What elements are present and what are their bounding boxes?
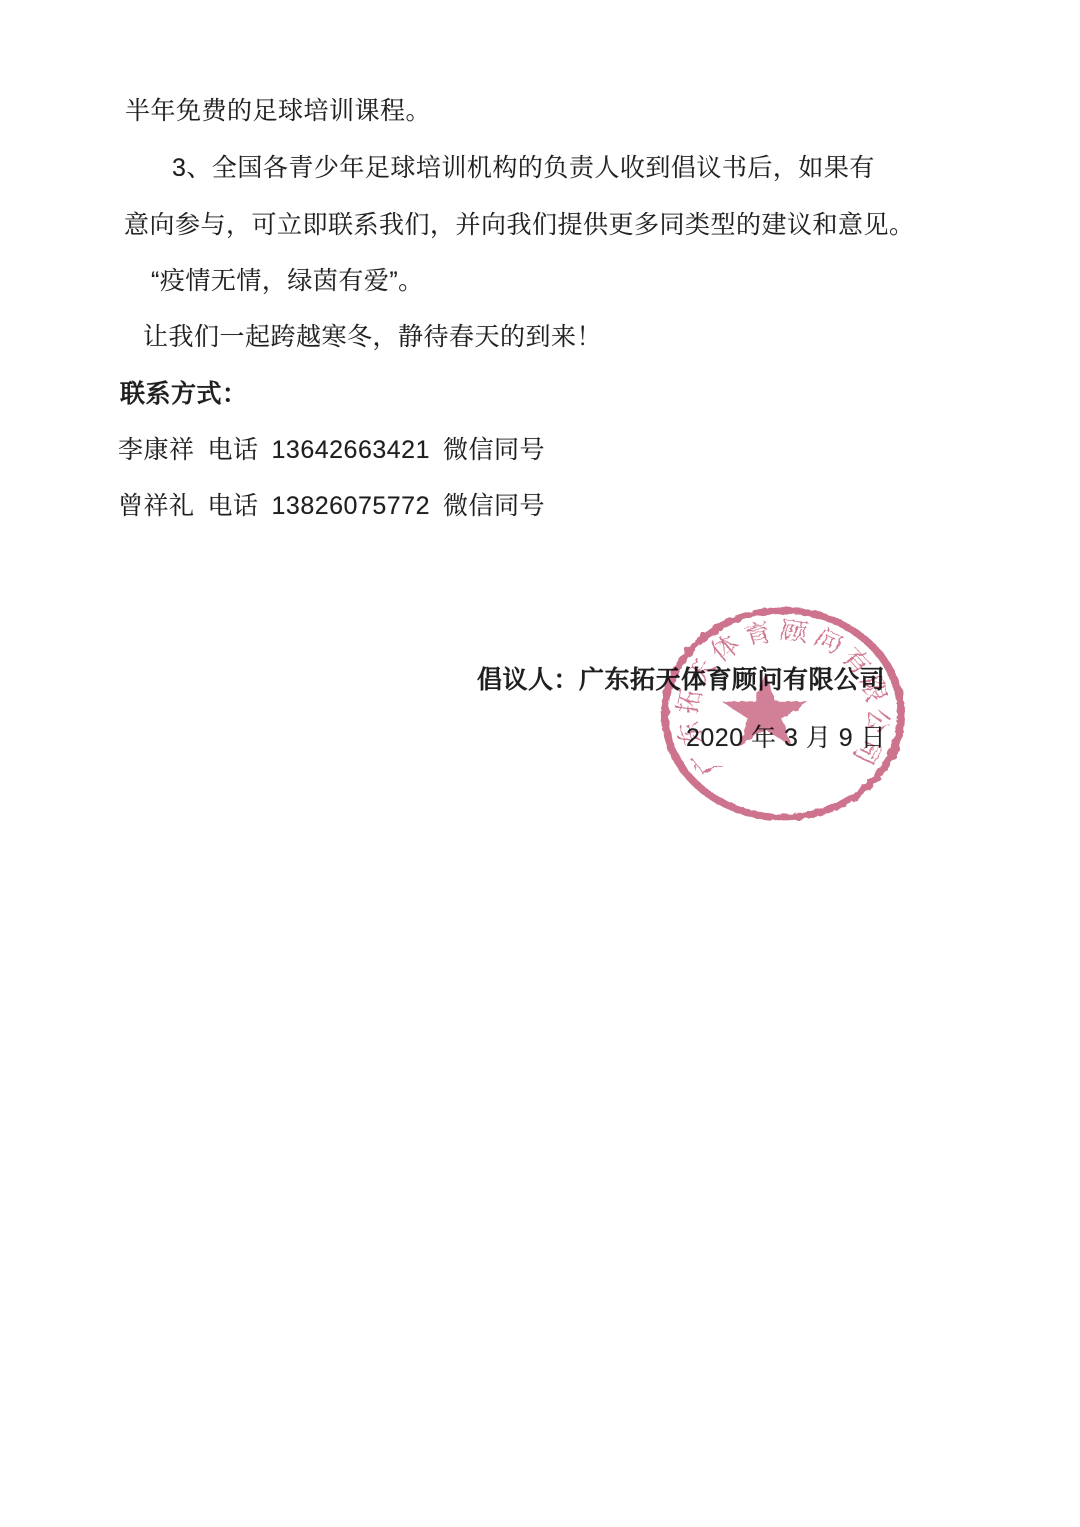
contact-row: 曾祥礼 电话 13826075772 微信同号 bbox=[118, 491, 545, 521]
contact-name: 曾祥礼 bbox=[118, 491, 195, 521]
item3-line1: 3、全国各青少年足球培训机构的负责人收到倡议书后，如果有 bbox=[172, 153, 875, 183]
contact-heading: 联系方式： bbox=[120, 379, 248, 409]
contact-row: 李康祥 电话 13642663421 微信同号 bbox=[118, 435, 545, 465]
contact-phone-label: 电话 bbox=[208, 435, 259, 465]
contact-phone-number: 13642663421 bbox=[272, 435, 430, 465]
contact-phone-number: 13826075772 bbox=[272, 491, 430, 521]
contact-phone-label: 电话 bbox=[208, 491, 259, 521]
proposer-label: 倡议人： bbox=[477, 666, 579, 694]
contact-name: 李康祥 bbox=[118, 435, 195, 465]
slogan-line: “疫情无情，绿茵有爱”。 bbox=[151, 266, 424, 296]
document-page: 半年免费的足球培训课程。 3、全国各青少年足球培训机构的负责人收到倡议书后，如果… bbox=[0, 0, 1080, 1527]
item3-line2: 意向参与，可立即联系我们，并向我们提供更多同类型的建议和意见。 bbox=[124, 210, 915, 240]
contact-wechat-note: 微信同号 bbox=[443, 435, 545, 465]
stamp-star-icon bbox=[722, 674, 809, 746]
company-seal-stamp: 广东拓天体育顾问有限公司 bbox=[654, 601, 912, 827]
contact-wechat-note: 微信同号 bbox=[443, 491, 545, 521]
paragraph-continuation-line: 半年免费的足球培训课程。 bbox=[125, 96, 431, 126]
closing-line: 让我们一起跨越寒冬，静待春天的到来！ bbox=[143, 322, 602, 352]
